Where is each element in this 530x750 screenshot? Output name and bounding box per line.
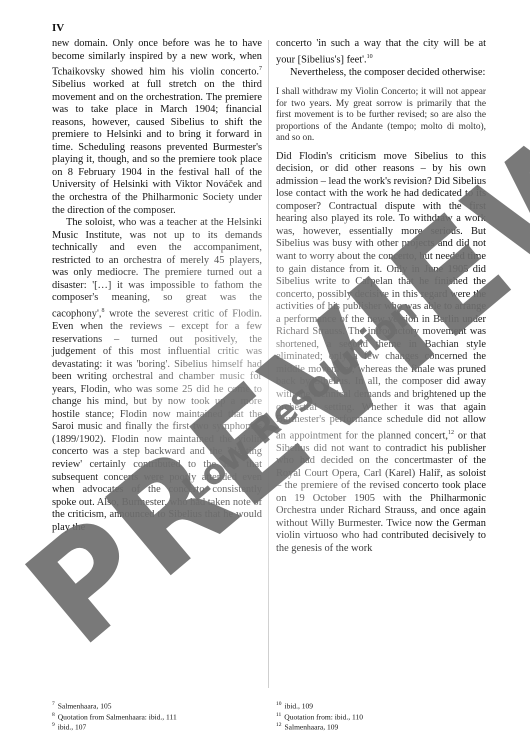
paragraph-text: The soloist, who was a teacher at the He…: [52, 217, 262, 319]
left-column: new domain. Only once before was he to h…: [52, 38, 262, 534]
footnote-text: ibid., 107: [58, 723, 87, 732]
footnote: 10ibid., 109: [276, 700, 363, 711]
right-paragraph-1: concerto 'in such a way that the city wi…: [276, 38, 486, 67]
right-column: concerto 'in such a way that the city wi…: [276, 38, 486, 556]
footnote: 9ibid., 107: [52, 721, 177, 732]
left-paragraph-1: new domain. Only once before was he to h…: [52, 38, 262, 217]
paragraph-text: wrote the severest critic of Flodin. Eve…: [52, 308, 262, 532]
footnote-ref: 10: [367, 54, 373, 60]
footnote-number: 11: [276, 712, 281, 718]
footnotes-left: 7Salmenhaara, 105 8Quotation from Salmen…: [52, 700, 177, 732]
right-paragraph-3: Did Flodin's criticism move Sibelius to …: [276, 151, 486, 556]
column-divider: [268, 40, 269, 688]
paragraph-text: concerto 'in such a way that the city wi…: [276, 38, 486, 65]
right-paragraph-2: Nevertheless, the composer decided other…: [276, 67, 486, 80]
footnote: 8Quotation from Salmenhaara: ibid., 111: [52, 711, 177, 722]
left-paragraph-2: The soloist, who was a teacher at the He…: [52, 217, 262, 534]
footnote-text: Salmenhaara, 105: [58, 702, 112, 711]
footnote: 11Quotation from: ibid., 110: [276, 711, 363, 722]
footnote-text: Quotation from: ibid., 110: [284, 712, 363, 721]
footnote: 12Salmenhaara, 109: [276, 721, 363, 732]
footnote-number: 8: [52, 712, 55, 718]
footnote-number: 7: [52, 701, 55, 707]
footnote-number: 10: [276, 701, 282, 707]
footnote-number: 9: [52, 722, 55, 728]
footnote-text: ibid., 109: [285, 702, 314, 711]
paragraph-text: or that Sibelius did not want to contrad…: [276, 430, 486, 554]
page-number: IV: [52, 22, 64, 34]
footnote-text: Salmenhaara, 109: [285, 723, 339, 732]
paragraph-text: Sibelius worked at full stretch on the t…: [52, 79, 262, 215]
footnotes-right: 10ibid., 109 11Quotation from: ibid., 11…: [276, 700, 363, 732]
footnote-ref: 7: [259, 66, 262, 72]
footnote: 7Salmenhaara, 105: [52, 700, 177, 711]
footnote-number: 12: [276, 722, 282, 728]
footnote-text: Quotation from Salmenhaara: ibid., 111: [58, 712, 177, 721]
block-quote: I shall withdraw my Violin Concerto; it …: [276, 87, 486, 145]
paragraph-text: new domain. Only once before was he to h…: [52, 38, 262, 78]
paragraph-text: Did Flodin's criticism move Sibelius to …: [276, 151, 486, 442]
